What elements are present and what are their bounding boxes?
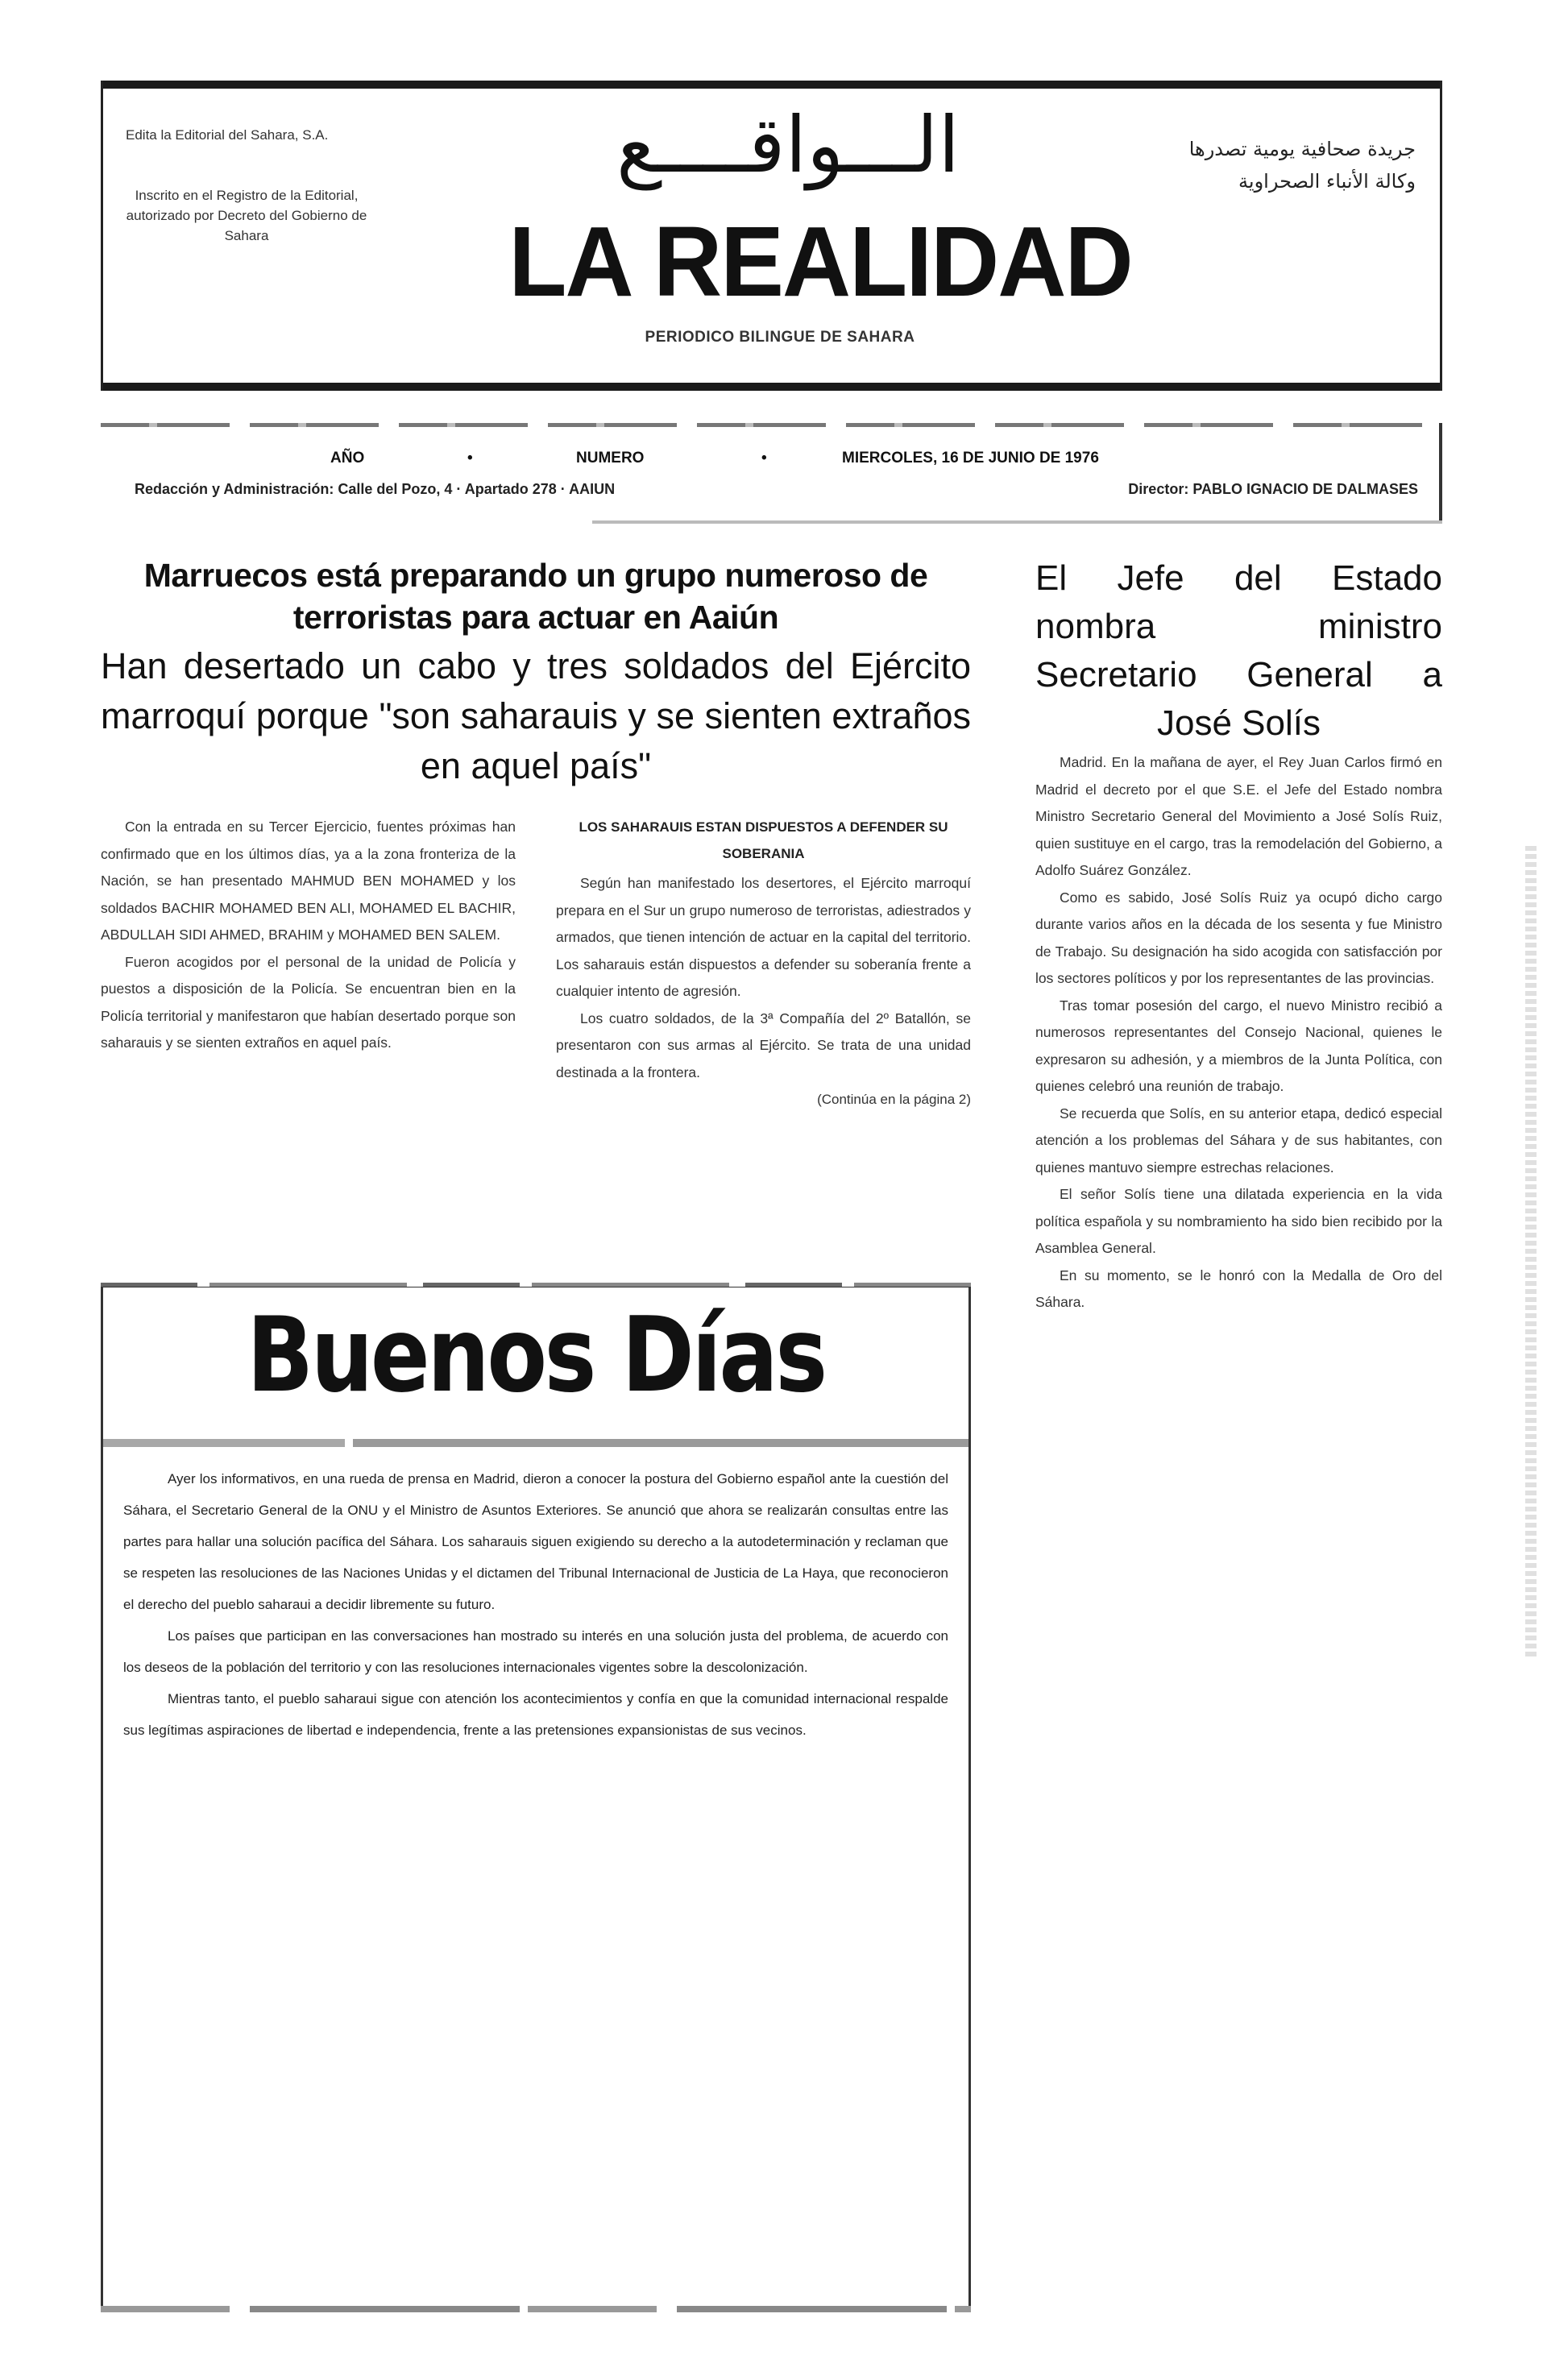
main-story-headline-block: Marruecos está preparando un grupo numer… (101, 554, 971, 791)
column-subhead: LOS SAHARAUIS ESTAN DISPUESTOS A DEFENDE… (556, 814, 971, 867)
masthead-title: LA REALIDAD (393, 207, 1247, 317)
editorial-address: Redacción y Administración: Calle del Po… (135, 481, 615, 498)
masthead-left-notes: Edita la Editorial del Sahara, S.A. Insc… (126, 125, 367, 286)
article-paragraph: Los países que participan en las convers… (123, 1620, 948, 1683)
main-subheadline: Han desertado un cabo y tres soldados de… (101, 641, 971, 791)
box-top-rule (101, 1283, 971, 1287)
info-bar-side-rule (1439, 423, 1442, 524)
bullet-icon: • (467, 450, 576, 467)
continued-on-page: (Continúa en la página 2) (556, 1086, 971, 1113)
bullet-icon: • (761, 450, 842, 467)
main-headline: Marruecos está preparando un grupo numer… (101, 554, 971, 638)
issue-number: NUMERO (576, 450, 761, 467)
box-bottom-rule (101, 2306, 971, 2312)
article-paragraph: Ayer los informativos, en una rueda de p… (123, 1463, 948, 1620)
article-paragraph: El señor Solís tiene una dilatada experi… (1035, 1181, 1442, 1263)
masthead-arabic-note: جريدة صحافية يومية تصدرها وكالة الأنباء … (1182, 133, 1416, 197)
article-paragraph: Mientras tanto, el pueblo saharaui sigue… (123, 1683, 948, 1746)
issue-info-bar: AÑO • NUMERO • MIERCOLES, 16 DE JUNIO DE… (101, 423, 1442, 524)
issue-info-row: AÑO • NUMERO • MIERCOLES, 16 DE JUNIO DE… (330, 450, 1099, 467)
article-paragraph: Según han manifestado los desertores, el… (556, 870, 971, 1005)
issue-year: AÑO (330, 450, 467, 467)
right-story-column: Madrid. En la mañana de ayer, el Rey Jua… (1035, 749, 1442, 1316)
masthead-subtitle: PERIODICO BILINGUE DE SAHARA (554, 329, 1006, 346)
article-paragraph: En su momento, se le honró con la Medall… (1035, 1263, 1442, 1316)
main-story-column-2: LOS SAHARAUIS ESTAN DISPUESTOS A DEFENDE… (556, 814, 971, 1113)
article-paragraph: Con la entrada en su Tercer Ejercicio, f… (101, 814, 516, 949)
article-paragraph: Madrid. En la mañana de ayer, el Rey Jua… (1035, 749, 1442, 885)
issue-date: MIERCOLES, 16 DE JUNIO DE 1976 (842, 450, 1099, 467)
box-title-rule (103, 1439, 968, 1447)
main-story-column-1: Con la entrada en su Tercer Ejercicio, f… (101, 814, 516, 1057)
masthead-publisher-note: Edita la Editorial del Sahara, S.A. (126, 125, 367, 145)
masthead-arabic-title: الـــواقــــع (538, 97, 1038, 193)
article-paragraph: Tras tomar posesión del cargo, el nuevo … (1035, 993, 1442, 1101)
masthead-registry-note: Inscrito en el Registro de la Editorial,… (126, 185, 367, 246)
article-paragraph: Se recuerda que Solís, en su anterior et… (1035, 1101, 1442, 1182)
article-paragraph: Como es sabido, José Solís Ruiz ya ocupó… (1035, 885, 1442, 993)
page-edge-marginalia (1525, 846, 1537, 1660)
buenos-dias-body: Ayer los informativos, en una rueda de p… (123, 1463, 948, 1746)
buenos-dias-title: Buenos Días (168, 1296, 904, 1416)
info-bar-top-rule (101, 423, 1442, 427)
article-paragraph: Los cuatro soldados, de la 3ª Compañía d… (556, 1005, 971, 1087)
buenos-dias-box: Buenos Días Ayer los informativos, en un… (101, 1285, 971, 2308)
director-credit: Director: PABLO IGNACIO DE DALMASES (1128, 481, 1418, 498)
right-story-headline: El Jefe del Estado nombra ministro Secre… (1035, 554, 1442, 748)
masthead-bottom-rule (103, 383, 1440, 391)
masthead-top-rule (103, 81, 1440, 89)
info-bar-bottom-rule (592, 520, 1442, 524)
masthead: Edita la Editorial del Sahara, S.A. Insc… (101, 81, 1442, 391)
article-paragraph: Fueron acogidos por el personal de la un… (101, 949, 516, 1057)
